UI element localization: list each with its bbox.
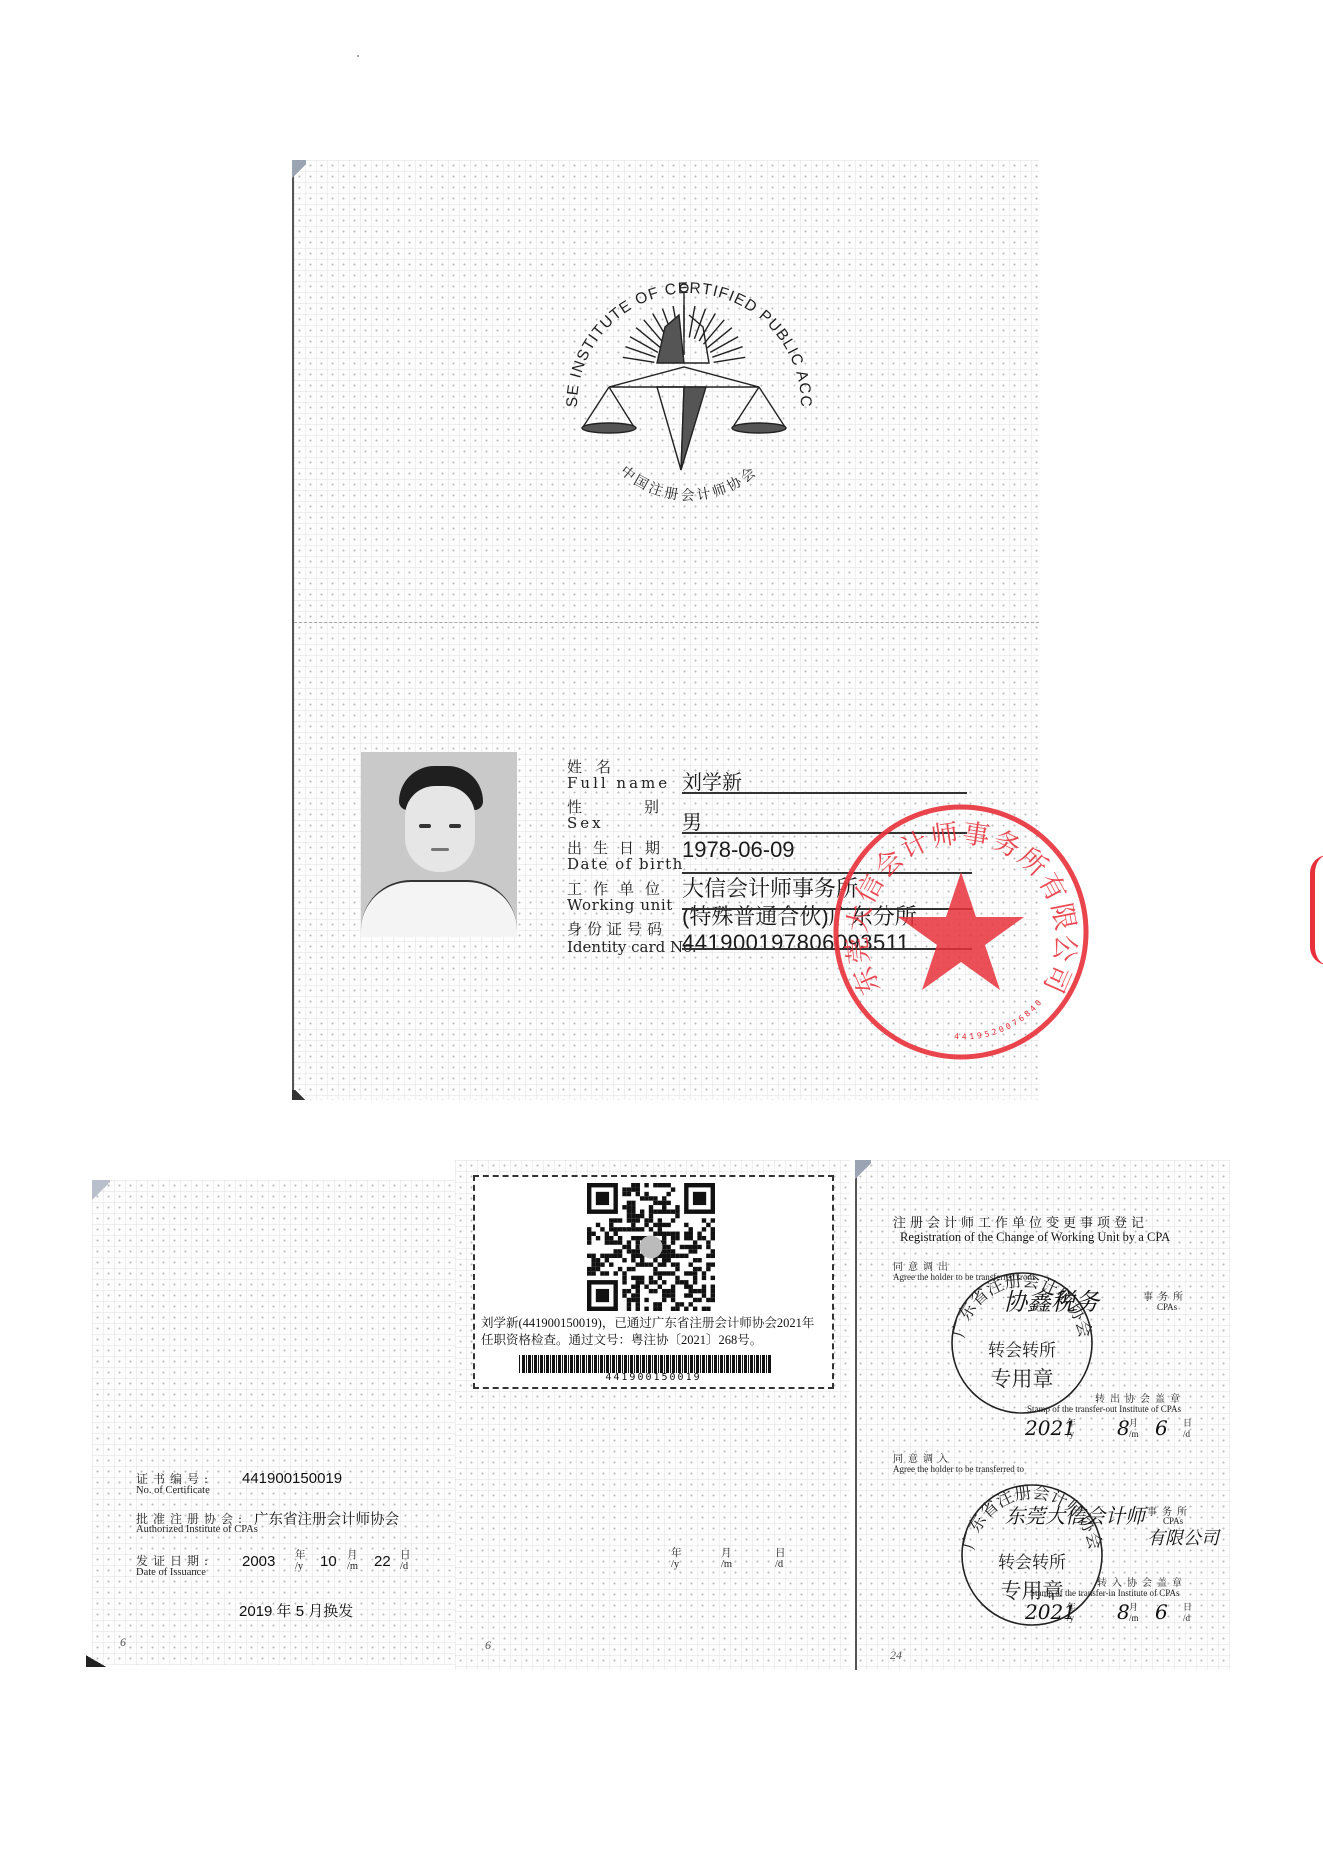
- transfer-out-stamp-label-en: Stamp of the transfer-out Institute of C…: [1027, 1404, 1181, 1414]
- svg-text:中国注册会计师协会: 中国注册会计师协会: [617, 462, 761, 504]
- unit-year-en: /y: [671, 1559, 679, 1570]
- transfer-in-firm-handwritten: 东莞大信会计师: [1005, 1500, 1145, 1529]
- unit-month-en: /m: [347, 1561, 358, 1572]
- barcode-icon: [517, 1355, 775, 1373]
- transfer-out-stamp-label-cn: 转出协会盖章: [1095, 1390, 1185, 1405]
- page-corner: [92, 1180, 110, 1202]
- unit-year-en: /y: [1067, 1613, 1074, 1623]
- transfer-title-cn: 注册会计师工作单位变更事项登记: [893, 1212, 1148, 1231]
- logo-arc-text-cn: 中国注册会计师协会: [617, 462, 761, 504]
- annual-check-page: 刘学新(441900150019)，已通过广东省注册会计师协会2021年任职资格…: [455, 1160, 850, 1670]
- transfer-title-en: Registration of the Change of Working Un…: [900, 1230, 1170, 1245]
- id-card-label-en: Identity card No.: [567, 938, 697, 956]
- transfer-in-day: 6: [1155, 1600, 1168, 1624]
- working-unit-label-en: Working unit: [567, 896, 673, 914]
- dob-label-en: Date of birth: [567, 855, 684, 873]
- id-card-label-cn: 身份证号码: [567, 918, 667, 939]
- transfer-out-label-cn: 同意调出: [893, 1258, 953, 1273]
- firm-suffix-en: CPAs: [1157, 1302, 1177, 1312]
- issue-year: 2003: [242, 1553, 275, 1570]
- unit-day-en: /d: [1183, 1613, 1190, 1623]
- qr-code-icon: [587, 1183, 715, 1311]
- transfer-out-month: 8: [1117, 1416, 1130, 1440]
- issue-date-label-en: Date of Issuance: [136, 1567, 206, 1578]
- star-icon: [898, 872, 1024, 990]
- sex-value: 男: [682, 806, 702, 835]
- reissue-note: 2019 年 5 月换发: [239, 1600, 353, 1621]
- transfer-out-day: 6: [1155, 1416, 1168, 1440]
- issue-month: 10: [320, 1553, 337, 1570]
- stamp-bottom-text: 专用章: [991, 1367, 1054, 1391]
- page-corner: [855, 1160, 871, 1182]
- unit-day-en: /d: [400, 1561, 408, 1572]
- page-number: 24: [890, 1648, 902, 1663]
- transfer-in-month: 8: [1117, 1600, 1130, 1624]
- unit-year-en: /y: [295, 1561, 303, 1572]
- unit-month-en: /m: [1129, 1429, 1139, 1439]
- institute-label-en: Authorized Institute of CPAs: [136, 1524, 258, 1535]
- unit-day-cn: 日: [1183, 1418, 1192, 1428]
- unit-month-cn: 月: [721, 1548, 732, 1559]
- unit-day-en: /d: [775, 1559, 783, 1570]
- unit-day-cn: 日: [775, 1548, 786, 1559]
- page-corner: [292, 160, 306, 182]
- unit-month-cn: 月: [1129, 1418, 1138, 1428]
- certificate-cover-page: THE CHINESE INSTITUTE OF CERTIFIED PUBLI…: [292, 160, 1039, 1100]
- barcode-number: 441900150019: [475, 1372, 832, 1383]
- holder-photo: [361, 752, 517, 937]
- transfer-out-firm-handwritten: 协鑫税务: [1003, 1282, 1099, 1317]
- firm-suffix-cn: 事务所: [1143, 1288, 1188, 1303]
- page-corner: [292, 1090, 308, 1100]
- unit-year-cn: 年: [671, 1548, 682, 1559]
- underline: [682, 792, 967, 794]
- unit-year-cn: 年: [1067, 1602, 1076, 1612]
- page-edge: [855, 1160, 857, 1670]
- page-corner: [86, 1655, 106, 1667]
- stamp-fragment: [1310, 855, 1323, 965]
- unit-month-en: /m: [721, 1559, 732, 1570]
- full-name-label-en: Full name: [567, 774, 670, 792]
- transfer-in-stamp-label-cn: 转入协会盖章: [1097, 1574, 1187, 1589]
- verification-text: 刘学新(441900150019)，已通过广东省注册会计师协会2021年任职资格…: [481, 1315, 826, 1349]
- full-name-value: 刘学新: [682, 766, 742, 795]
- unit-year-cn: 年: [295, 1550, 306, 1561]
- certificate-info-page: 证书编号: No. of Certificate 441900150019 批准…: [92, 1180, 467, 1665]
- scan-artifact: [357, 55, 359, 57]
- page-number: 6: [485, 1638, 491, 1653]
- transfer-in-handwritten-extra: 有限公司: [1147, 1524, 1219, 1550]
- unit-year-en: /y: [1067, 1429, 1074, 1439]
- cert-no-label-en: No. of Certificate: [136, 1485, 210, 1496]
- sex-label-en: Sex: [567, 814, 604, 832]
- page-fold-line: [294, 622, 1039, 624]
- company-seal-stamp: 东莞大信会计师事务所有限公司 4419520076840: [829, 800, 1094, 1065]
- unit-day-cn: 日: [1183, 1602, 1192, 1612]
- dob-value: 1978-06-09: [682, 837, 795, 863]
- transfer-in-label-en: Agree the holder to be transferred to: [893, 1464, 1024, 1474]
- stamp-center-text: 转会转所: [998, 1553, 1066, 1573]
- page-number: 6: [120, 1635, 126, 1650]
- transfer-registration-page: 注册会计师工作单位变更事项登记 Registration of the Chan…: [855, 1160, 1230, 1670]
- unit-day-en: /d: [1183, 1429, 1190, 1439]
- unit-month-cn: 月: [347, 1550, 358, 1561]
- scales-of-justice-logo-icon: THE CHINESE INSTITUTE OF CERTIFIED PUBLI…: [539, 255, 839, 515]
- transfer-in-label-cn: 同意调入: [893, 1450, 953, 1465]
- unit-month-en: /m: [1129, 1613, 1139, 1623]
- issue-day: 22: [374, 1553, 391, 1570]
- cert-no-value: 441900150019: [242, 1470, 342, 1487]
- verification-sticker: 刘学新(441900150019)，已通过广东省注册会计师协会2021年任职资格…: [473, 1175, 834, 1389]
- unit-month-cn: 月: [1129, 1602, 1138, 1612]
- unit-year-cn: 年: [1067, 1418, 1076, 1428]
- unit-day-cn: 日: [400, 1550, 411, 1561]
- institute-value: 广东省注册会计师协会: [254, 1508, 399, 1529]
- stamp-center-text: 转会转所: [988, 1341, 1056, 1361]
- transfer-in-stamp-label-en: Stamp of the transfer-in Institute of CP…: [1030, 1588, 1179, 1598]
